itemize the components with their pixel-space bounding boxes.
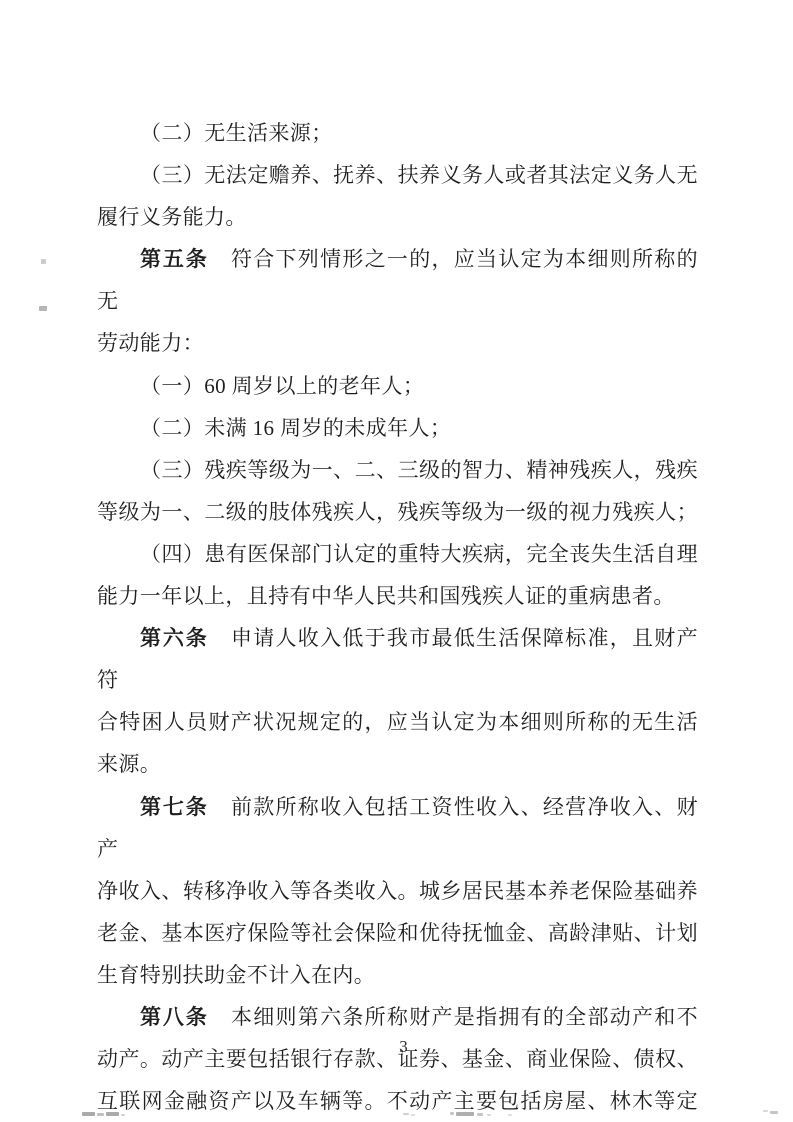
text-line: 互联网金融资产以及车辆等。不动产主要包括房屋、林木等定 bbox=[97, 1080, 698, 1122]
text-segment: 能力一年以上，且持有中华人民共和国残疾人证的重病患者。 bbox=[97, 584, 675, 608]
text-line: （二）无生活来源； bbox=[97, 112, 698, 154]
article-number: 第八条 bbox=[140, 1005, 209, 1029]
text-line: 劳动能力： bbox=[97, 322, 698, 364]
text-line: 生育特别扶助金不计入在内。 bbox=[97, 954, 698, 996]
article-number: 第七条 bbox=[140, 795, 209, 819]
scan-artifact bbox=[97, 1113, 104, 1116]
article-number: 第六条 bbox=[140, 626, 209, 650]
scanned-page: { "page": { "number": "3" }, "colors": {… bbox=[0, 0, 793, 1122]
scan-artifact bbox=[403, 1113, 409, 1115]
scan-artifact bbox=[411, 1114, 415, 1116]
scan-artifact bbox=[763, 1110, 768, 1112]
text-line: 第七条 前款所称收入包括工资性收入、经营净收入、财产 bbox=[97, 786, 698, 870]
page-background: （二）无生活来源；（三）无法定赡养、抚养、扶养义务人或者其法定义务人无履行义务能… bbox=[0, 0, 793, 1122]
scan-artifact bbox=[82, 1112, 95, 1116]
text-segment: （一）60 周岁以上的老年人； bbox=[140, 374, 424, 398]
text-segment: （二）未满 16 周岁的未成年人； bbox=[140, 416, 451, 440]
text-segment: 来源。 bbox=[97, 752, 161, 776]
text-line: （二）未满 16 周岁的未成年人； bbox=[97, 407, 698, 449]
text-line: 能力一年以上，且持有中华人民共和国残疾人证的重病患者。 bbox=[97, 575, 698, 617]
text-line: （三）残疾等级为一、二、三级的智力、精神残疾人，残疾 bbox=[97, 449, 698, 491]
text-segment: 等级为一、二级的肢体残疾人，残疾等级为一级的视力残疾人； bbox=[97, 500, 698, 524]
text-segment: 履行义务能力。 bbox=[97, 205, 247, 229]
page-number: 3 bbox=[0, 1037, 793, 1057]
scan-artifact bbox=[508, 1114, 512, 1116]
text-segment: （三）残疾等级为一、二、三级的智力、精神残疾人，残疾 bbox=[140, 458, 698, 482]
text-line: 老金、基本医疗保险等社会保险和优待抚恤金、高龄津贴、计划 bbox=[97, 912, 698, 954]
article-number: 第五条 bbox=[140, 247, 209, 271]
scan-artifact bbox=[450, 1112, 454, 1115]
text-line: 履行义务能力。 bbox=[97, 196, 698, 238]
text-segment: （四）患有医保部门认定的重特大疾病，完全丧失生活自理 bbox=[140, 542, 698, 566]
text-segment: 本细则第六条所称财产是指拥有的全部动产和不 bbox=[209, 1005, 698, 1029]
scan-artifact bbox=[487, 1114, 491, 1116]
text-segment: 老金、基本医疗保险等社会保险和优待抚恤金、高龄津贴、计划 bbox=[97, 921, 698, 945]
text-line: （四）患有医保部门认定的重特大疾病，完全丧失生活自理 bbox=[97, 533, 698, 575]
text-line: 来源。 bbox=[97, 743, 698, 785]
scan-artifact bbox=[121, 1114, 125, 1116]
scan-artifact bbox=[41, 259, 46, 264]
scan-artifact bbox=[106, 1112, 119, 1116]
text-segment: （三）无法定赡养、抚养、扶养义务人或者其法定义务人无 bbox=[140, 163, 698, 187]
text-segment: （二）无生活来源； bbox=[140, 121, 333, 145]
text-line: 第六条 申请人收入低于我市最低生活保障标准，且财产符 bbox=[97, 617, 698, 701]
text-line: 第八条 本细则第六条所称财产是指拥有的全部动产和不 bbox=[97, 996, 698, 1038]
scan-artifact bbox=[39, 306, 47, 311]
text-segment: 生育特别扶助金不计入在内。 bbox=[97, 963, 375, 987]
text-segment: 互联网金融资产以及车辆等。不动产主要包括房屋、林木等定 bbox=[97, 1089, 698, 1113]
scan-artifact bbox=[770, 1111, 778, 1114]
text-line: 第五条 符合下列情形之一的，应当认定为本细则所称的无 bbox=[97, 238, 698, 322]
scan-artifact bbox=[456, 1112, 474, 1116]
text-segment: 净收入、转移净收入等各类收入。城乡居民基本养老保险基础养 bbox=[97, 879, 698, 903]
text-line: 净收入、转移净收入等各类收入。城乡居民基本养老保险基础养 bbox=[97, 870, 698, 912]
text-line: 合特困人员财产状况规定的，应当认定为本细则所称的无生活 bbox=[97, 701, 698, 743]
text-line: 等级为一、二级的肢体残疾人，残疾等级为一级的视力残疾人； bbox=[97, 491, 698, 533]
text-segment: 合特困人员财产状况规定的，应当认定为本细则所称的无生活 bbox=[97, 710, 698, 734]
text-line: （一）60 周岁以上的老年人； bbox=[97, 365, 698, 407]
document-body: （二）无生活来源；（三）无法定赡养、抚养、扶养义务人或者其法定义务人无履行义务能… bbox=[97, 112, 698, 1122]
text-line: （三）无法定赡养、抚养、扶养义务人或者其法定义务人无 bbox=[97, 154, 698, 196]
text-segment: 劳动能力： bbox=[97, 331, 204, 355]
scan-artifact bbox=[477, 1113, 483, 1116]
